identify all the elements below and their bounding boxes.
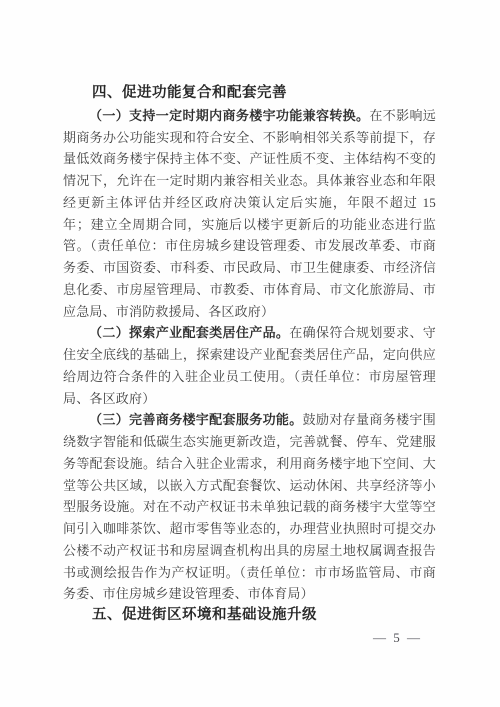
paragraph-2: （二）探索产业配套类居住产品。在确保符合规划要求、守住安全底线的基础上，探索建设…: [63, 322, 436, 409]
document-page: 四、促进功能复合和配套完善 （一）支持一定时期内商务楼宇功能兼容转换。在不影响远…: [0, 0, 500, 707]
paragraph-1: （一）支持一定时期内商务楼宇功能兼容转换。在不影响远期商务办公功能实现和符合安全…: [63, 105, 436, 323]
section-heading-4: 四、促进功能复合和配套完善: [63, 83, 436, 105]
paragraph-1-lead: （一）支持一定时期内商务楼宇功能兼容转换。: [89, 108, 369, 123]
paragraph-3: （三）完善商务楼宇配套服务功能。鼓励对存量商务楼宇围绕数字智能和低碳生态实施更新…: [63, 409, 436, 605]
paragraph-3-body: 鼓励对存量商务楼宇围绕数字智能和低碳生态实施更新改造，完善就餐、停车、党建服务等…: [63, 412, 436, 601]
paragraph-3-lead: （三）完善商务楼宇配套服务功能。: [89, 412, 303, 427]
section-heading-5: 五、促进街区环境和基础设施升级: [63, 605, 436, 627]
paragraph-2-lead: （二）探索产业配套类居住产品。: [89, 325, 289, 340]
paragraph-1-body: 在不影响远期商务办公功能实现和符合安全、不影响相邻关系等前提下，存量低效商务楼宇…: [63, 108, 436, 319]
page-number: — 5 —: [63, 627, 436, 649]
